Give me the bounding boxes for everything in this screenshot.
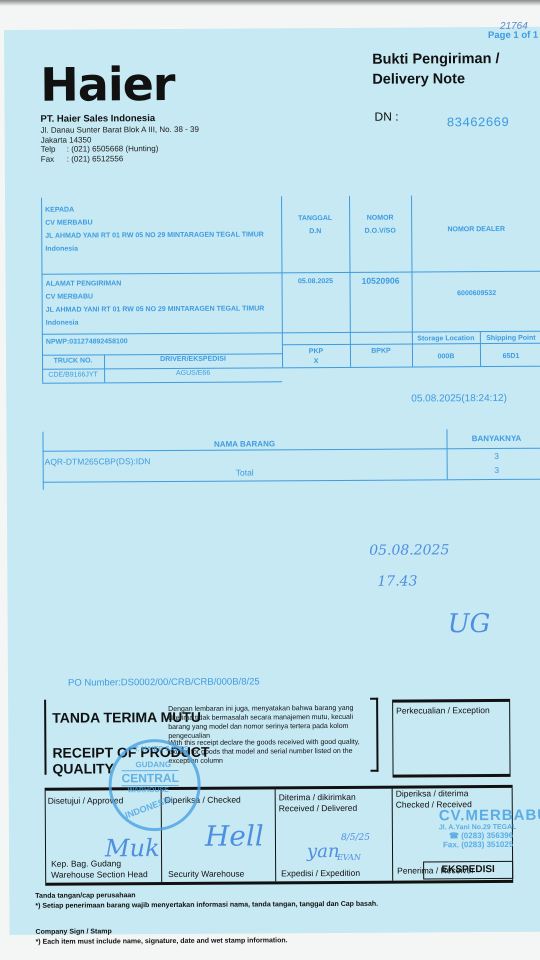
total-label: Total bbox=[43, 466, 447, 478]
npwp: NPWP:031274892458100 bbox=[46, 335, 128, 348]
address-line-1: Jl. Danau Sunter Barat Blok A III, No. 3… bbox=[41, 125, 199, 135]
recipient-address: JL AHMAD YANI RT 01 RW 05 NO 29 MINTARAG… bbox=[45, 228, 264, 242]
expedition-hand-name: EVAN bbox=[337, 853, 361, 862]
tanggal-header-1: TANGGAL bbox=[281, 212, 349, 225]
pkp-value: X bbox=[282, 358, 350, 365]
footer-note-en: *) Each item must include name, signatur… bbox=[36, 936, 288, 948]
company-name: PT. Haier Sales Indonesia bbox=[41, 113, 156, 125]
shipping-address: JL AHMAD YANI RT 01 RW 05 NO 29 MINTARAG… bbox=[46, 302, 265, 316]
expedition-hand-date: 8/5/25 bbox=[341, 833, 370, 843]
stamp-central: CENTRAL bbox=[122, 770, 179, 786]
page-edge-shadow bbox=[0, 0, 540, 6]
receipt-bracket bbox=[370, 698, 378, 772]
sig-received-top-1: Diterima / dikirimkan bbox=[279, 792, 358, 803]
signature-expedition: yan bbox=[307, 841, 340, 862]
stamp-top-text: PT. HAIER SALES bbox=[129, 746, 188, 753]
driver-header: DRIVER/EKSPEDISI bbox=[104, 355, 282, 363]
signature-approved: Muk bbox=[105, 834, 160, 862]
haier-warehouse-stamp: PT. HAIER SALES GUDANG CENTRAL WARHOUSE … bbox=[108, 739, 201, 832]
title-line-1: Bukti Pengiriman / bbox=[372, 49, 499, 70]
recipient-block: KEPADA CV MERBABU JL AHMAD YANI RT 01 RW… bbox=[45, 202, 264, 255]
total-value: 3 bbox=[447, 465, 540, 476]
tanggal-header: TANGGAL D.N bbox=[281, 212, 349, 238]
recipient-country: Indonesia bbox=[45, 241, 264, 255]
receipt-text-en: With this receipt declare the goods rece… bbox=[168, 738, 373, 766]
signature-checked: Hell bbox=[205, 819, 264, 852]
dn-label: DN : bbox=[374, 110, 398, 124]
merbabu-stamp-fax: Fax. (0283) 351025 bbox=[439, 840, 540, 850]
printed-timestamp: 05.08.2025(18:24:12) bbox=[411, 393, 507, 405]
sig-received-top-2: Received / Delivered bbox=[279, 803, 358, 814]
pkp-header: PKP bbox=[282, 348, 350, 355]
receipt-text-id: Dengan lembaran ini juga, menyatakan bah… bbox=[168, 704, 368, 741]
address-meta-grid: KEPADA CV MERBABU JL AHMAD YANI RT 01 RW… bbox=[41, 195, 540, 383]
merbabu-stamp-name: CV.MERBABU bbox=[439, 807, 540, 825]
truck-value: CDE/B9166JYT bbox=[42, 371, 104, 378]
nomor-header-1: NOMOR bbox=[349, 212, 411, 225]
stamp-gudang: GUDANG bbox=[135, 760, 171, 769]
shipping-point-value: 65D1 bbox=[480, 353, 540, 360]
nomor-value: 10520906 bbox=[350, 276, 412, 286]
telp-value: : (021) 6505668 (Hunting) bbox=[67, 144, 159, 154]
fax-label: Fax bbox=[41, 154, 67, 164]
sig-expedition-bottom: Expedisi / Expedition bbox=[281, 868, 360, 879]
nomor-header: NOMOR D.O.V/SO bbox=[349, 212, 411, 238]
telp-label: Telp bbox=[41, 145, 67, 155]
tanggal-header-2: D.N bbox=[281, 225, 349, 238]
sig-received-top: Diterima / dikirimkan Received / Deliver… bbox=[279, 792, 358, 814]
title-line-2: Delivery Note bbox=[372, 69, 499, 90]
receipt-title-en-2: QUALITY bbox=[52, 760, 114, 776]
handwritten-initials: UG bbox=[448, 609, 491, 639]
footer-note-id: *) Setiap penerimaan barang wajib menyer… bbox=[35, 900, 378, 912]
shipping-label: ALAMAT PENGIRIMAN bbox=[46, 276, 265, 290]
sig-checked-bottom: Security Warehouse bbox=[168, 869, 244, 880]
dealer-header: NOMOR DEALER bbox=[411, 226, 540, 234]
sig-receiver-top-1: Diperiksa / diterima bbox=[396, 788, 472, 799]
fax-value: : (021) 6512556 bbox=[67, 154, 124, 164]
dn-number: 83462669 bbox=[447, 115, 510, 130]
item-name: AQR-DTM265CBP(DS):IDN bbox=[45, 456, 151, 467]
receipt-block: TANDA TERIMA MUTU RECEIPT OF PRODUCT QUA… bbox=[44, 698, 376, 775]
po-number: PO Number:DS0002/00/CRB/CRB/000B/8/25 bbox=[68, 676, 260, 688]
items-table: NAMA BARANG BANYAKNYA AQR-DTM265CBP(DS):… bbox=[42, 429, 540, 490]
kepada-label: KEPADA bbox=[45, 202, 264, 216]
shipping-name: CV MERBABU bbox=[46, 289, 265, 303]
copy-label-ekspedisi: EKSPEDISI bbox=[423, 861, 513, 880]
company-address: Jl. Danau Sunter Barat Blok A III, No. 3… bbox=[41, 125, 200, 164]
recipient-name: CV MERBABU bbox=[45, 215, 264, 229]
dealer-value: 6000609532 bbox=[412, 290, 540, 298]
storage-location-header: Storage Location bbox=[412, 335, 480, 342]
merbabu-stamp: CV.MERBABU Jl. A.Yani No.29 TEGAL ☎ (028… bbox=[439, 807, 540, 850]
truck-header: TRUCK NO. bbox=[42, 357, 104, 364]
handwritten-date: 05.08.2025 bbox=[369, 542, 449, 558]
stamp-indonesia: INDONESIA bbox=[124, 794, 174, 821]
sig-approved-role-2: Warehouse Section Head bbox=[51, 869, 148, 881]
shipping-point-header: Shipping Point bbox=[480, 335, 540, 342]
item-qty: 3 bbox=[447, 451, 540, 462]
delivery-note-paper: Haier PT. Haier Sales Indonesia Jl. Dana… bbox=[4, 27, 540, 935]
stamp-warhouse: WARHOUSE bbox=[128, 787, 169, 794]
driver-value: AGUS/E66 bbox=[104, 369, 282, 377]
item-qty-header: BANYAKNYA bbox=[446, 434, 540, 444]
page-info: Page 1 of 1 bbox=[488, 30, 538, 41]
handwritten-time: 17.43 bbox=[377, 573, 417, 589]
storage-location-value: 000B bbox=[412, 353, 480, 360]
footer-sign-id: Tanda tangan/cap perusahaan bbox=[35, 891, 135, 902]
footer-sign-en: Company Sign / Stamp bbox=[35, 927, 111, 937]
nomor-header-2: D.O.V/SO bbox=[349, 225, 411, 238]
exception-label: Perkecualian / Exception bbox=[396, 705, 496, 717]
bpkp-header: BPKP bbox=[350, 348, 412, 355]
tanggal-value: 05.08.2025 bbox=[282, 278, 350, 285]
haier-logo: Haier bbox=[40, 57, 175, 112]
exception-box: Perkecualian / Exception bbox=[392, 699, 510, 778]
document-title: Bukti Pengiriman / Delivery Note bbox=[372, 49, 500, 90]
shipping-country: Indonesia bbox=[46, 315, 265, 329]
shipping-block: ALAMAT PENGIRIMAN CV MERBABU JL AHMAD YA… bbox=[46, 276, 265, 329]
